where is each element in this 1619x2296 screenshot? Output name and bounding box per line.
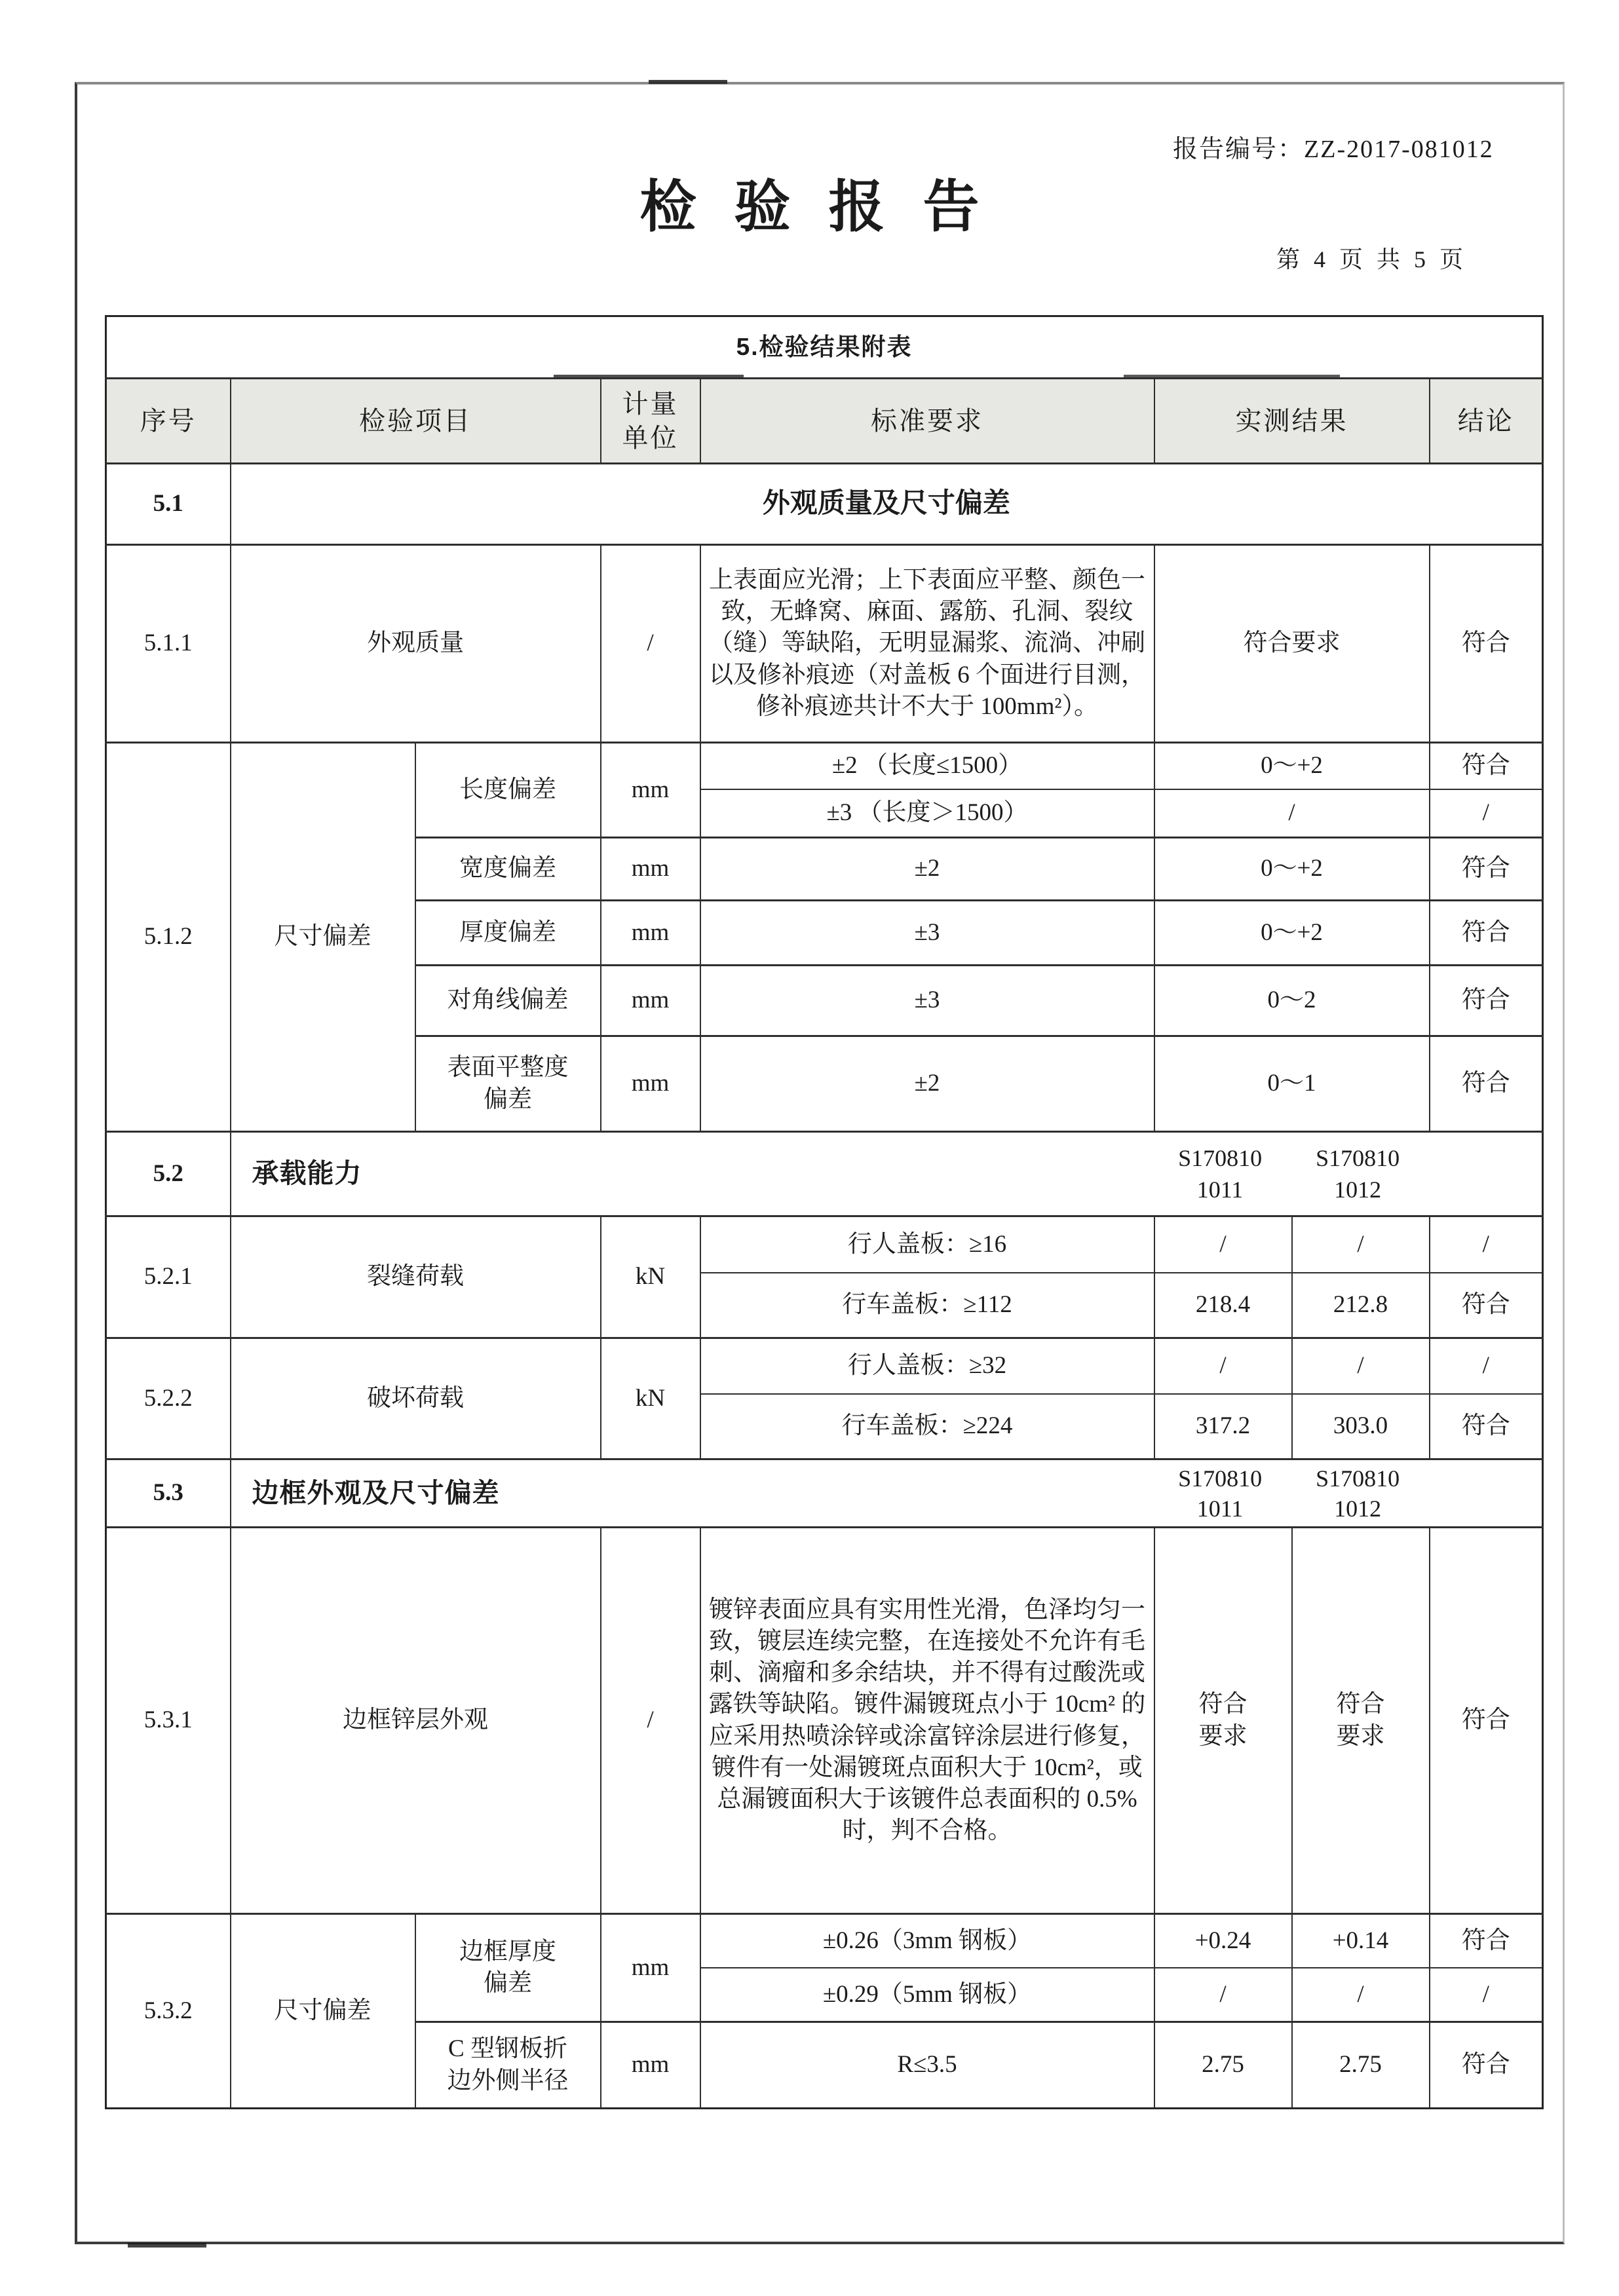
section-row-5-1: 5.1 外观质量及尺寸偏差 bbox=[106, 464, 1543, 545]
cell-length-dev-item: 长度偏差 bbox=[415, 743, 601, 838]
cell-5-2-2-std-a: 行人盖板：≥32 bbox=[700, 1338, 1154, 1394]
sample-id-1-code: S170810 bbox=[1178, 1142, 1262, 1174]
cell-thickness-dev-std: ±3 bbox=[700, 901, 1154, 966]
sample-id-3-code: S170810 bbox=[1178, 1463, 1262, 1494]
cell-thickness-dev-unit: mm bbox=[601, 901, 700, 966]
sample-id-1-number: 1011 bbox=[1197, 1174, 1244, 1205]
cell-width-dev-std: ±2 bbox=[700, 838, 1154, 901]
cell-5-2-2-result-b-1: 317.2 bbox=[1154, 1394, 1292, 1459]
cell-5-1-1-result: 符合要求 bbox=[1154, 545, 1430, 743]
cell-flatness-dev-item: 表面平整度 偏差 bbox=[415, 1036, 601, 1132]
cell-5-1-1-unit: / bbox=[601, 545, 700, 743]
sample-id-2-number: 1012 bbox=[1334, 1174, 1381, 1205]
cell-width-dev-item: 宽度偏差 bbox=[415, 838, 601, 901]
cell-seq-5-1: 5.1 bbox=[106, 464, 231, 545]
sample-id-3: S170810 1011 bbox=[1151, 1463, 1289, 1524]
cell-5-3-1-item: 边框锌层外观 bbox=[231, 1528, 601, 1914]
cell-frame-thickness-conclusion-a: 符合 bbox=[1430, 1914, 1543, 1968]
row-5-2-2-a: 5.2.2 破坏荷载 kN 行人盖板：≥32 / / / bbox=[106, 1338, 1543, 1394]
cell-c-plate-item: C 型钢板折 边外侧半径 bbox=[415, 2022, 601, 2109]
cell-5-2-1-std-a: 行人盖板：≥16 bbox=[700, 1216, 1154, 1273]
cell-title-5-3: 边框外观及尺寸偏差 S170810 1011 S170810 1012 bbox=[231, 1459, 1543, 1528]
table-caption: 5.检验结果附表 bbox=[106, 316, 1543, 379]
cell-5-2-1-std-b: 行车盖板：≥112 bbox=[700, 1273, 1154, 1338]
cell-5-3-2-seq: 5.3.2 bbox=[106, 1914, 231, 2109]
cell-5-3-1-seq: 5.3.1 bbox=[106, 1528, 231, 1914]
col-header-item: 检验项目 bbox=[231, 379, 601, 464]
cell-5-1-1-standard: 上表面应光滑；上下表面应平整、颜色一致，无蜂窝、麻面、露筋、孔洞、裂纹（缝）等缺… bbox=[700, 545, 1154, 743]
row-5-1-2-length-a: 5.1.2 尺寸偏差 长度偏差 mm ±2 （长度≤1500） 0～+2 符合 bbox=[106, 743, 1543, 789]
cell-5-2-1-result-a-1: / bbox=[1154, 1216, 1292, 1273]
cell-5-2-2-result-a-2: / bbox=[1292, 1338, 1430, 1394]
cell-frame-thickness-unit: mm bbox=[601, 1914, 700, 2022]
cell-thickness-dev-result: 0～+2 bbox=[1154, 901, 1430, 966]
cell-5-1-1-seq: 5.1.1 bbox=[106, 545, 231, 743]
sample-id-4: S170810 1012 bbox=[1289, 1463, 1426, 1524]
cell-frame-thickness-result-b-2: / bbox=[1292, 1968, 1430, 2022]
cell-length-dev-unit: mm bbox=[601, 743, 700, 838]
cell-5-2-1-conclusion-a: / bbox=[1430, 1216, 1543, 1273]
cell-c-plate-conclusion: 符合 bbox=[1430, 2022, 1543, 2109]
cell-length-dev-std-b: ±3 （长度＞1500） bbox=[700, 789, 1154, 838]
sample-id-2: S170810 1012 bbox=[1289, 1142, 1426, 1205]
sample-id-4-code: S170810 bbox=[1316, 1463, 1400, 1494]
row-5-2-1-a: 5.2.1 裂缝荷载 kN 行人盖板：≥16 / / / bbox=[106, 1216, 1543, 1273]
row-5-3-1: 5.3.1 边框锌层外观 / 镀锌表面应具有实用性光滑，色泽均匀一致，镀层连续完… bbox=[106, 1528, 1543, 1914]
cell-title-5-2: 承载能力 S170810 1011 S170810 1012 bbox=[231, 1132, 1543, 1216]
cell-diagonal-dev-unit: mm bbox=[601, 966, 700, 1036]
inspection-results-table: 5.检验结果附表 序号 检验项目 计量 单位 标准要求 实测结果 结论 5.1 … bbox=[105, 315, 1544, 2109]
cell-frame-thickness-std-a: ±0.26（3mm 钢板） bbox=[700, 1914, 1154, 1968]
report-number: 报告编号：ZZ-2017-081012 bbox=[1173, 128, 1494, 164]
cell-diagonal-dev-result: 0～2 bbox=[1154, 966, 1430, 1036]
cell-c-plate-unit: mm bbox=[601, 2022, 700, 2109]
cell-5-2-1-conclusion-b: 符合 bbox=[1430, 1273, 1543, 1338]
cell-5-3-1-conclusion: 符合 bbox=[1430, 1528, 1543, 1914]
cell-5-2-1-result-a-2: / bbox=[1292, 1216, 1430, 1273]
cell-5-1-2-item: 尺寸偏差 bbox=[231, 743, 415, 1132]
cell-5-3-2-item: 尺寸偏差 bbox=[231, 1914, 415, 2109]
cell-5-2-2-seq: 5.2.2 bbox=[106, 1338, 231, 1459]
cell-flatness-dev-unit: mm bbox=[601, 1036, 700, 1132]
cell-length-dev-conclusion-b: / bbox=[1430, 789, 1543, 838]
cell-5-3-1-result-1: 符合 要求 bbox=[1154, 1528, 1292, 1914]
cell-frame-thickness-result-b-1: / bbox=[1154, 1968, 1292, 2022]
cell-thickness-dev-item: 厚度偏差 bbox=[415, 901, 601, 966]
cell-5-2-1-result-b-2: 212.8 bbox=[1292, 1273, 1430, 1338]
cell-diagonal-dev-conclusion: 符合 bbox=[1430, 966, 1543, 1036]
col-header-result: 实测结果 bbox=[1154, 379, 1430, 464]
document-title: 检验报告 bbox=[0, 161, 1619, 242]
cell-5-2-2-std-b: 行车盖板：≥224 bbox=[700, 1394, 1154, 1459]
cell-c-plate-std: R≤3.5 bbox=[700, 2022, 1154, 2109]
table-header-row: 序号 检验项目 计量 单位 标准要求 实测结果 结论 bbox=[106, 379, 1543, 464]
cell-5-3-1-unit: / bbox=[601, 1528, 700, 1914]
cell-flatness-dev-std: ±2 bbox=[700, 1036, 1154, 1132]
sample-id-3-number: 1011 bbox=[1197, 1494, 1244, 1524]
cell-5-2-2-conclusion-a: / bbox=[1430, 1338, 1543, 1394]
cell-thickness-dev-conclusion: 符合 bbox=[1430, 901, 1543, 966]
section-row-5-3: 5.3 边框外观及尺寸偏差 S170810 1011 S170810 1012 bbox=[106, 1459, 1543, 1528]
sample-id-4-number: 1012 bbox=[1334, 1494, 1381, 1524]
cell-5-3-1-result-2: 符合 要求 bbox=[1292, 1528, 1430, 1914]
page-indicator: 第 4 页 共 5 页 bbox=[1276, 241, 1467, 274]
col-header-standard: 标准要求 bbox=[700, 379, 1154, 464]
cell-width-dev-conclusion: 符合 bbox=[1430, 838, 1543, 901]
cell-length-dev-result-a: 0～+2 bbox=[1154, 743, 1430, 789]
col-header-unit: 计量 单位 bbox=[601, 379, 700, 464]
report-number-value: ZZ-2017-081012 bbox=[1304, 136, 1494, 163]
cell-5-1-1-item: 外观质量 bbox=[231, 545, 601, 743]
col-header-seq: 序号 bbox=[106, 379, 231, 464]
cell-diagonal-dev-item: 对角线偏差 bbox=[415, 966, 601, 1036]
cell-width-dev-result: 0～+2 bbox=[1154, 838, 1430, 901]
cell-width-dev-unit: mm bbox=[601, 838, 700, 901]
cell-frame-thickness-std-b: ±0.29（5mm 钢板） bbox=[700, 1968, 1154, 2022]
sample-id-1: S170810 1011 bbox=[1151, 1142, 1289, 1205]
cell-frame-thickness-result-a-2: +0.14 bbox=[1292, 1914, 1430, 1968]
section-title-5-3: 边框外观及尺寸偏差 bbox=[237, 1463, 500, 1524]
cell-5-2-2-item: 破坏荷载 bbox=[231, 1338, 601, 1459]
cell-flatness-dev-result: 0～1 bbox=[1154, 1036, 1430, 1132]
section-title-5-2: 承载能力 bbox=[237, 1142, 362, 1205]
table-caption-row: 5.检验结果附表 bbox=[106, 316, 1543, 379]
section-row-5-2: 5.2 承载能力 S170810 1011 S170810 1012 bbox=[106, 1132, 1543, 1216]
cell-5-2-1-seq: 5.2.1 bbox=[106, 1216, 231, 1338]
cell-frame-thickness-result-a-1: +0.24 bbox=[1154, 1914, 1292, 1968]
cell-length-dev-conclusion-a: 符合 bbox=[1430, 743, 1543, 789]
cell-c-plate-result-1: 2.75 bbox=[1154, 2022, 1292, 2109]
cell-title-5-1: 外观质量及尺寸偏差 bbox=[231, 464, 1543, 545]
row-5-1-1: 5.1.1 外观质量 / 上表面应光滑；上下表面应平整、颜色一致，无蜂窝、麻面、… bbox=[106, 545, 1543, 743]
cell-5-2-2-result-a-1: / bbox=[1154, 1338, 1292, 1394]
col-header-conclusion: 结论 bbox=[1430, 379, 1543, 464]
cell-5-2-1-result-b-1: 218.4 bbox=[1154, 1273, 1292, 1338]
cell-frame-thickness-conclusion-b: / bbox=[1430, 1968, 1543, 2022]
cell-flatness-dev-conclusion: 符合 bbox=[1430, 1036, 1543, 1132]
cell-5-2-2-unit: kN bbox=[601, 1338, 700, 1459]
cell-5-2-1-item: 裂缝荷载 bbox=[231, 1216, 601, 1338]
cell-5-2-2-conclusion-b: 符合 bbox=[1430, 1394, 1543, 1459]
cell-frame-thickness-item: 边框厚度 偏差 bbox=[415, 1914, 601, 2022]
cell-5-1-1-conclusion: 符合 bbox=[1430, 545, 1543, 743]
cell-diagonal-dev-std: ±3 bbox=[700, 966, 1154, 1036]
cell-c-plate-result-2: 2.75 bbox=[1292, 2022, 1430, 2109]
cell-seq-5-2: 5.2 bbox=[106, 1132, 231, 1216]
cell-seq-5-3: 5.3 bbox=[106, 1459, 231, 1528]
cell-5-2-2-result-b-2: 303.0 bbox=[1292, 1394, 1430, 1459]
cell-5-1-2-seq: 5.1.2 bbox=[106, 743, 231, 1132]
row-5-3-2-frame-thickness-a: 5.3.2 尺寸偏差 边框厚度 偏差 mm ±0.26（3mm 钢板） +0.2… bbox=[106, 1914, 1543, 1968]
sample-id-2-code: S170810 bbox=[1316, 1142, 1400, 1174]
report-number-label: 报告编号： bbox=[1173, 136, 1304, 163]
cell-5-3-1-standard: 镀锌表面应具有实用性光滑，色泽均匀一致，镀层连续完整，在连接处不允许有毛刺、滴瘤… bbox=[700, 1528, 1154, 1914]
cell-5-2-1-unit: kN bbox=[601, 1216, 700, 1338]
cell-length-dev-std-a: ±2 （长度≤1500） bbox=[700, 743, 1154, 789]
cell-length-dev-result-b: / bbox=[1154, 789, 1430, 838]
